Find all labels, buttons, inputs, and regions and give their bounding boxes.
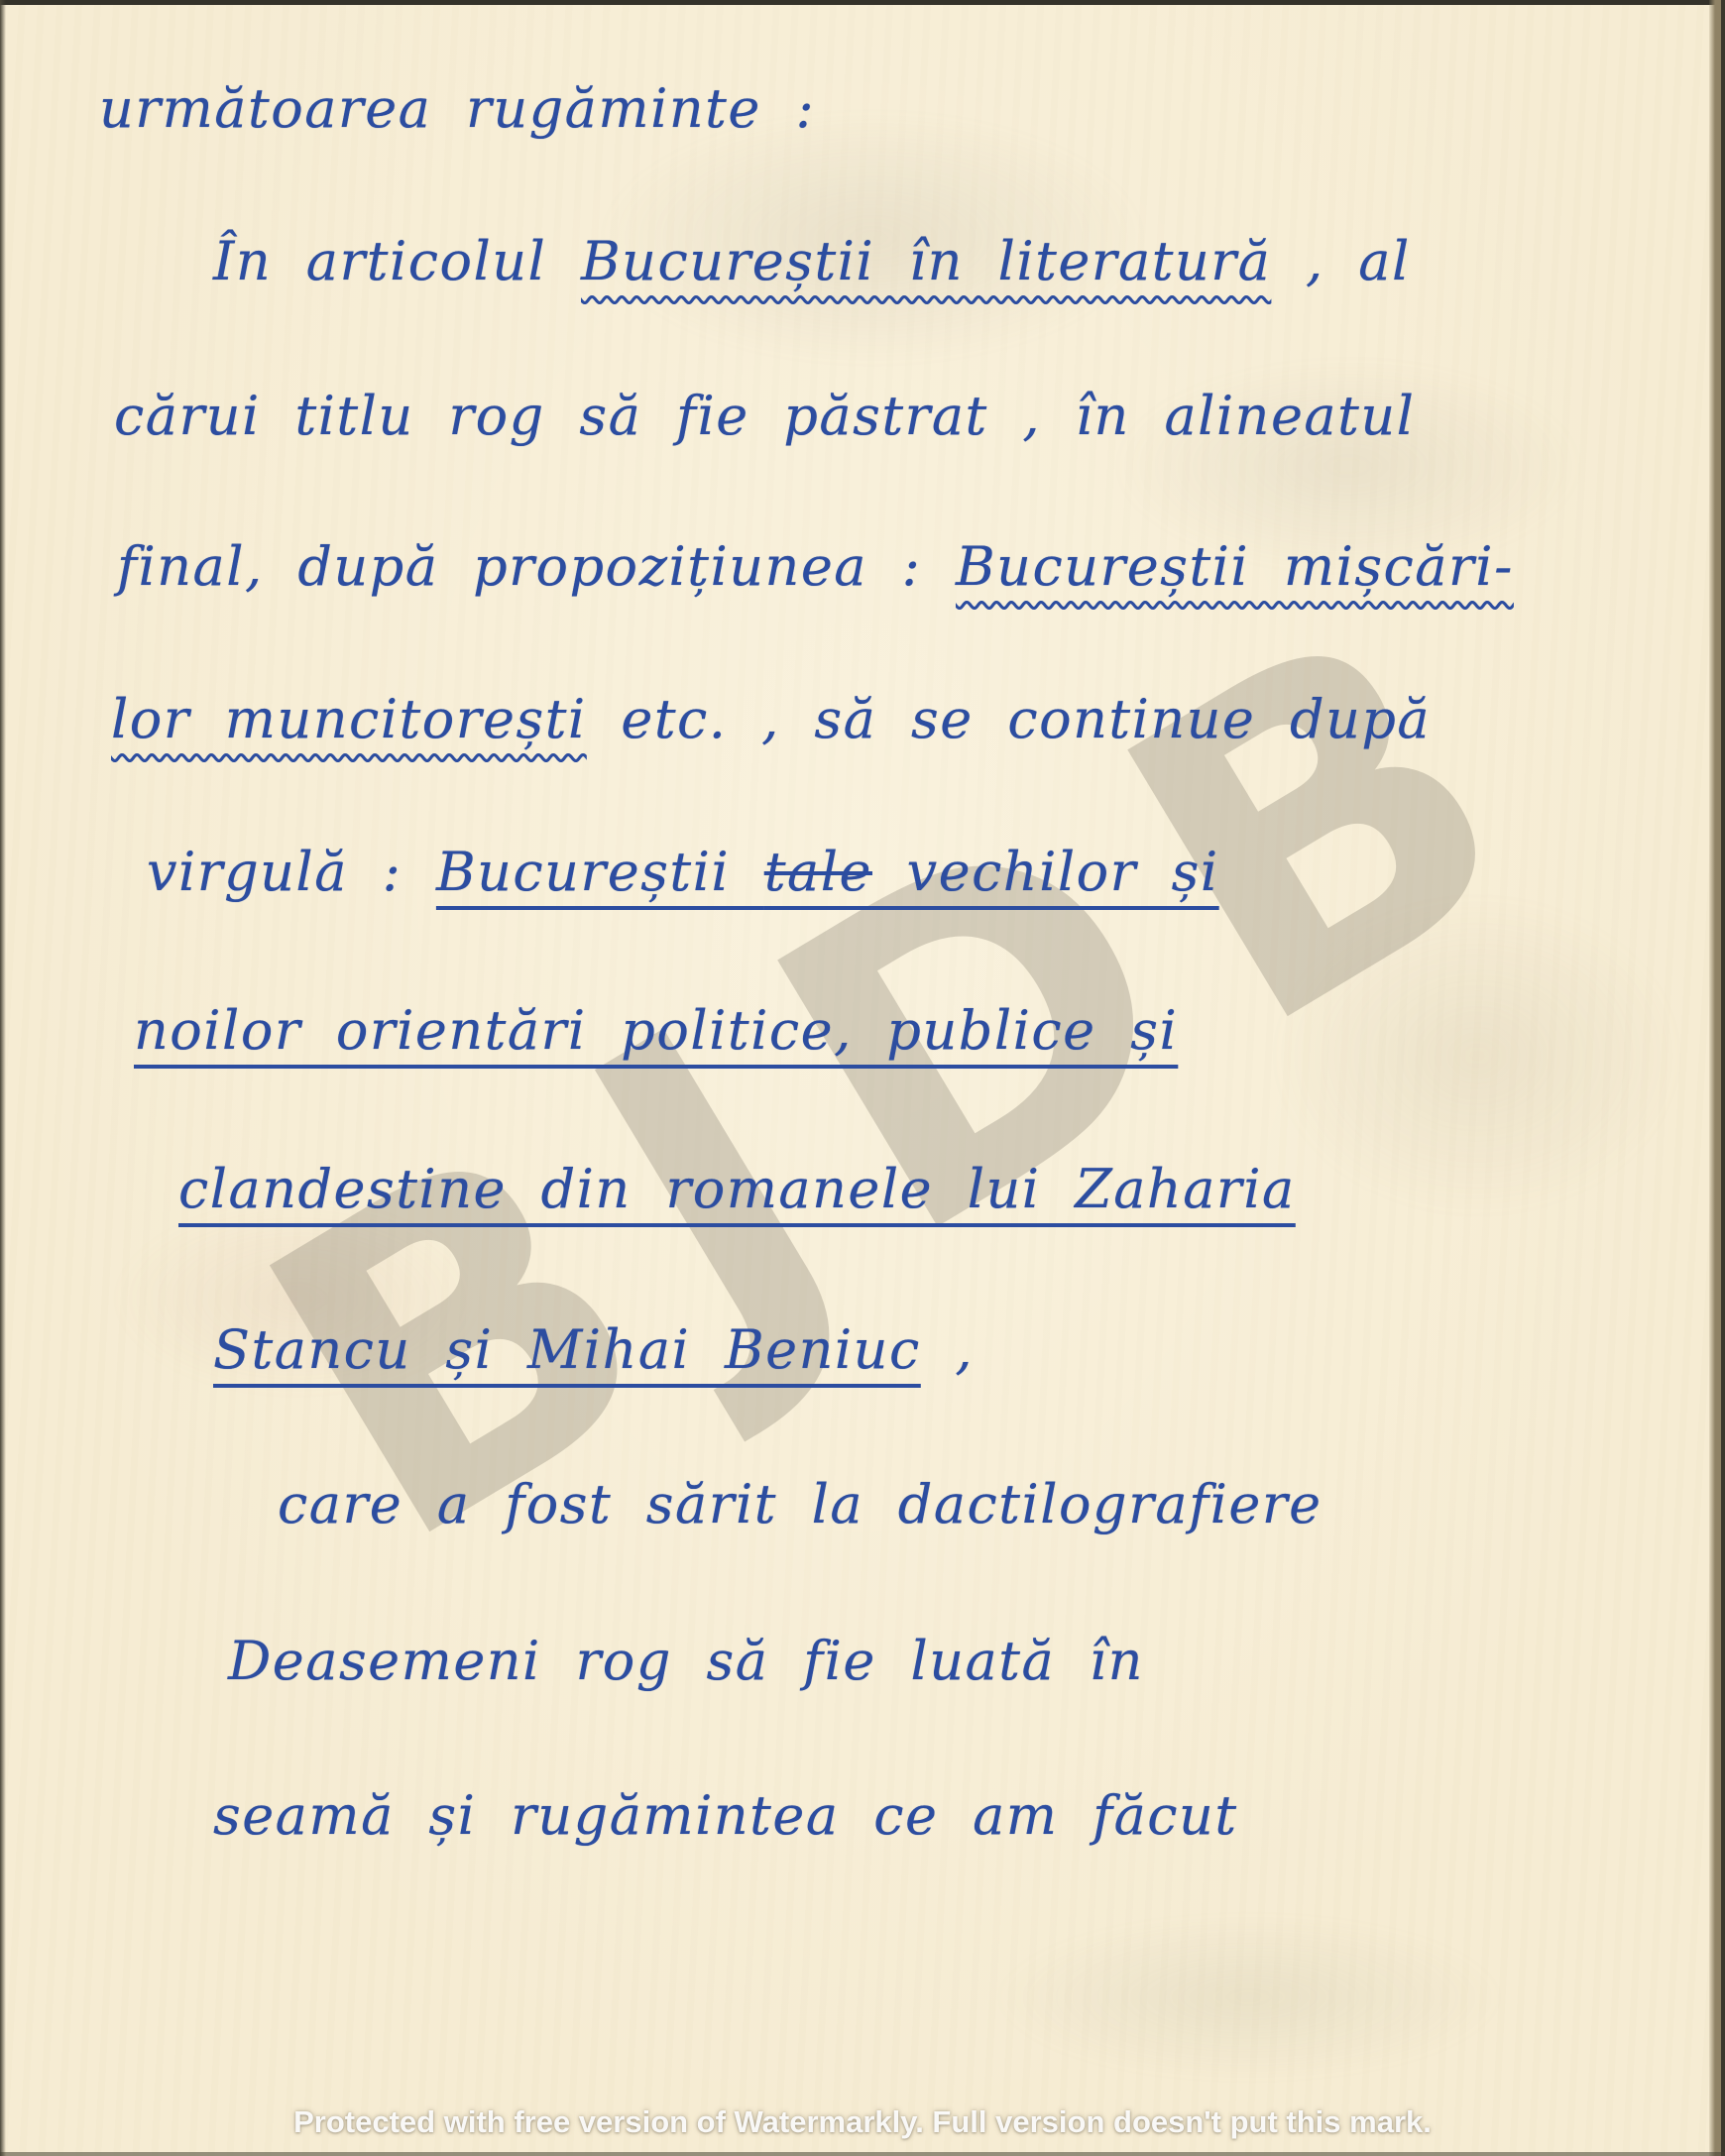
handwriting-segment: cărui titlu rog să fie păstrat , în alin… — [114, 385, 1415, 447]
handwriting-segment: În articolul — [213, 230, 581, 292]
handwriting-segment: clandestine din romanele lui Zaharia — [178, 1158, 1296, 1220]
ink-bleed-smudge — [991, 1913, 1507, 2082]
handwriting-segment: Deasemeni rog să fie luată în — [228, 1630, 1144, 1692]
handwriting-line-12: seamă și rugămintea ce am făcut — [213, 1784, 1238, 1847]
handwriting-line-6: virgulă : Bucureștii tale vechilor și — [147, 841, 1219, 903]
handwriting-segment: tale — [764, 841, 872, 903]
handwriting-line-3: cărui titlu rog să fie păstrat , în alin… — [114, 385, 1415, 447]
handwriting-segment: etc. , să se continue după — [587, 688, 1431, 750]
handwriting-segment: vechilor și — [872, 841, 1219, 903]
handwriting-segment: noilor orientări politice, publice și — [134, 999, 1178, 1062]
handwriting-segment: final, după propozițiunea : — [117, 535, 956, 598]
handwriting-line-8: clandestine din romanele lui Zaharia — [178, 1158, 1296, 1220]
handwriting-segment: următoarea rugăminte : — [99, 77, 815, 140]
handwriting-line-5: lor muncitorești etc. , să se continue d… — [111, 688, 1431, 750]
handwriting-segment: care a fost sărit la dactilografiere — [278, 1473, 1322, 1535]
handwriting-segment: Bucureștii — [436, 841, 764, 903]
handwriting-segment: , al — [1271, 230, 1410, 292]
handwriting-segment: lor muncitorești — [111, 688, 587, 750]
handwriting-segment: , — [921, 1318, 974, 1381]
handwriting-line-1: următoarea rugăminte : — [99, 77, 815, 140]
handwriting-line-9: Stancu și Mihai Beniuc , — [213, 1318, 974, 1381]
handwriting-line-4: final, după propozițiunea : Bucureștii m… — [117, 535, 1514, 598]
handwriting-segment: virgulă : — [147, 841, 436, 903]
scan-edge-top — [0, 0, 1725, 5]
scan-edge-right — [1709, 0, 1725, 2156]
handwriting-segment: Bucureștii mișcări- — [956, 535, 1514, 598]
scan-edge-left — [0, 0, 6, 2156]
handwriting-line-11: Deasemeni rog să fie luată în — [228, 1630, 1144, 1692]
handwriting-segment: Stancu și Mihai Beniuc — [213, 1318, 921, 1381]
watermarkly-notice: Protected with free version of Watermark… — [0, 2104, 1725, 2140]
handwriting-line-10: care a fost sărit la dactilografiere — [278, 1473, 1322, 1535]
handwriting-line-7: noilor orientări politice, publice și — [134, 999, 1178, 1062]
scan-edge-bottom — [0, 2152, 1725, 2156]
handwriting-line-2: În articolul Bucureștii în literatură , … — [213, 230, 1411, 292]
ink-bleed-smudge — [1269, 892, 1685, 1219]
letter-page: BJDB următoarea rugăminte :În articolul … — [0, 0, 1725, 2156]
handwriting-segment: Bucureștii în literatură — [581, 230, 1271, 292]
handwriting-segment: seamă și rugămintea ce am făcut — [213, 1784, 1238, 1847]
